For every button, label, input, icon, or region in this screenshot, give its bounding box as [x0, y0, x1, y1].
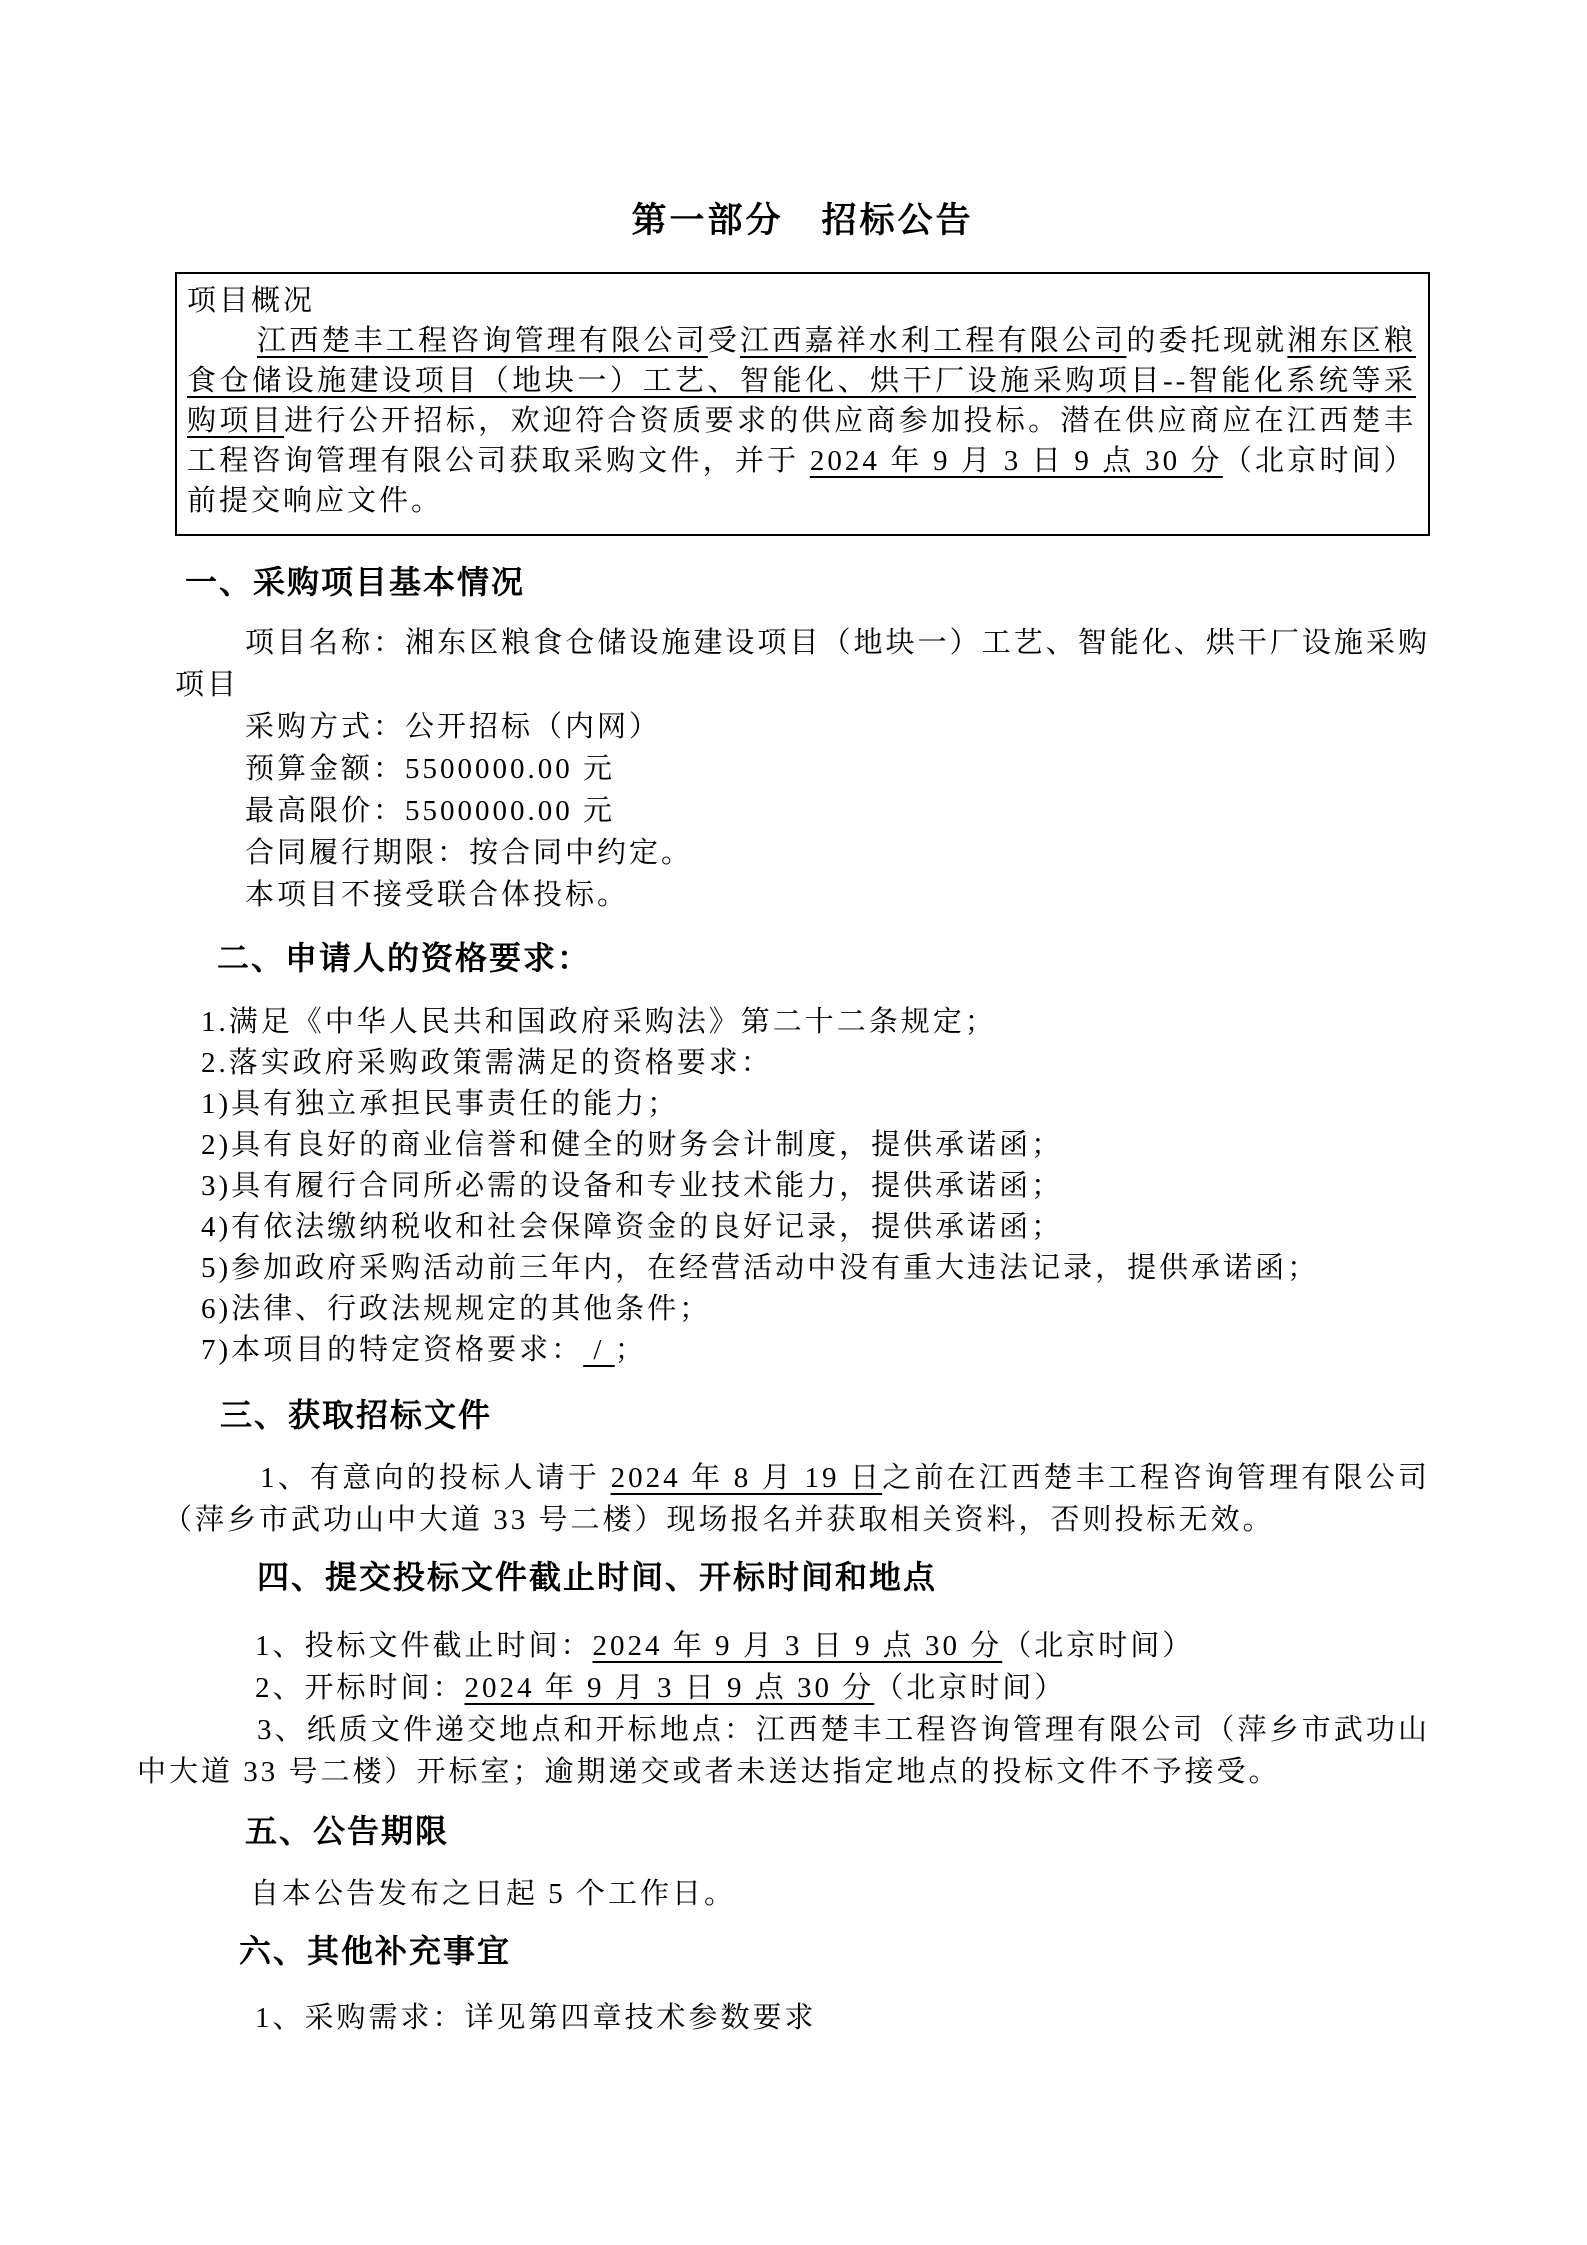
overview-paragraph: 江西楚丰工程咨询管理有限公司受江西嘉祥水利工程有限公司的委托现就湘东区粮食仓储设… — [187, 321, 1416, 521]
section-heading-basic-info: 一、采购项目基本情况 — [185, 562, 1430, 602]
text-segment: （北京时间） — [1002, 1630, 1194, 1662]
text-segment: 1、投标文件截止时间： — [255, 1630, 593, 1662]
underlined-text: 2024 年 9 月 3 日 9 点 30 分 — [593, 1630, 1003, 1662]
underlined-text: 2024 年 9 月 3 日 9 点 30 分 — [810, 445, 1223, 477]
text-segment: ； — [615, 1334, 647, 1366]
contract-term-line: 合同履行期限：按合同中约定。 — [175, 832, 1430, 874]
budget-amount-line: 预算金额：5500000.00 元 — [175, 748, 1430, 790]
qualification-item: 2)具有良好的商业信誉和健全的财务会计制度，提供承诺函； — [175, 1125, 1430, 1166]
overview-label: 项目概况 — [187, 281, 1416, 321]
section-deadline-opening: 四、提交投标文件截止时间、开标时间和地点 1、投标文件截止时间：2024 年 9… — [175, 1557, 1430, 1793]
underlined-text: 2024 年 8 月 19 日 — [611, 1462, 883, 1494]
bid-deadline-line: 1、投标文件截止时间：2024 年 9 月 3 日 9 点 30 分（北京时间） — [175, 1625, 1430, 1667]
qualification-item: 3)具有履行合同所必需的设备和专业技术能力，提供承诺函； — [175, 1166, 1430, 1207]
section-qualification: 二、申请人的资格要求： 1.满足《中华人民共和国政府采购法》第二十二条规定； 2… — [175, 938, 1430, 1371]
section-heading-deadline-opening: 四、提交投标文件截止时间、开标时间和地点 — [257, 1557, 1430, 1597]
section-basic-info: 一、采购项目基本情况 项目名称：湘东区粮食仓储设施建设项目（地块一）工艺、智能化… — [175, 562, 1430, 916]
procurement-method-line: 采购方式：公开招标（内网） — [175, 706, 1430, 748]
no-consortium-line: 本项目不接受联合体投标。 — [175, 874, 1430, 916]
qualification-item: 4)有依法缴纳税收和社会保障资金的良好记录，提供承诺函； — [175, 1207, 1430, 1248]
page-title: 第一部分 招标公告 — [175, 198, 1430, 244]
section-heading-other-matters: 六、其他补充事宜 — [239, 1931, 1430, 1971]
section-heading-qualification: 二、申请人的资格要求： — [217, 938, 1430, 978]
qualification-item: 1)具有独立承担民事责任的能力； — [175, 1084, 1430, 1125]
section-announcement-period: 五、公告期限 自本公告发布之日起 5 个工作日。 — [175, 1811, 1430, 1915]
project-overview-box: 项目概况 江西楚丰工程咨询管理有限公司受江西嘉祥水利工程有限公司的委托现就湘东区… — [175, 272, 1430, 536]
underlined-text: 江西楚丰工程咨询管理有限公司 — [257, 325, 708, 357]
section-other-matters: 六、其他补充事宜 1、采购需求：详见第四章技术参数要求 — [175, 1931, 1430, 2039]
underlined-text: 江西嘉祥水利工程有限公司 — [740, 325, 1126, 357]
procurement-demand-line: 1、采购需求：详见第四章技术参数要求 — [175, 1997, 1430, 2039]
text-segment: 受 — [708, 325, 740, 357]
qualification-item: 5)参加政府采购活动前三年内，在经营活动中没有重大违法记录，提供承诺函； — [175, 1248, 1430, 1289]
text-segment: 1、有意向的投标人请于 — [260, 1462, 611, 1494]
qualification-item-special: 7)本项目的特定资格要求： / ； — [175, 1330, 1430, 1371]
announcement-period-line: 自本公告发布之日起 5 个工作日。 — [175, 1873, 1430, 1915]
text-segment: （北京时间） — [874, 1672, 1066, 1704]
text-segment: 的委托现就 — [1126, 325, 1287, 357]
project-name-line: 项目名称：湘东区粮食仓储设施建设项目（地块一）工艺、智能化、烘干厂设施采购项目 — [175, 622, 1430, 706]
qualification-item: 1.满足《中华人民共和国政府采购法》第二十二条规定； — [175, 1002, 1430, 1043]
text-segment: 7)本项目的特定资格要求： — [201, 1334, 583, 1366]
obtain-documents-paragraph: 1、有意向的投标人请于 2024 年 8 月 19 日之前在江西楚丰工程咨询管理… — [163, 1457, 1430, 1541]
document-page: 第一部分 招标公告 项目概况 江西楚丰工程咨询管理有限公司受江西嘉祥水利工程有限… — [0, 0, 1587, 2245]
section-obtain-documents: 三、获取招标文件 1、有意向的投标人请于 2024 年 8 月 19 日之前在江… — [175, 1395, 1430, 1541]
qualification-item: 6)法律、行政法规规定的其他条件； — [175, 1289, 1430, 1330]
qualification-item: 2.落实政府采购政策需满足的资格要求： — [175, 1043, 1430, 1084]
text-segment: 2、开标时间： — [255, 1672, 465, 1704]
section-heading-announcement-period: 五、公告期限 — [245, 1811, 1430, 1851]
underlined-text: 2024 年 9 月 3 日 9 点 30 分 — [465, 1672, 875, 1704]
max-price-line: 最高限价：5500000.00 元 — [175, 790, 1430, 832]
submission-location-line: 3、纸质文件递交地点和开标地点：江西楚丰工程咨询管理有限公司（萍乡市武功山中大道… — [137, 1709, 1430, 1793]
underlined-text: / — [583, 1334, 615, 1366]
bid-opening-time-line: 2、开标时间：2024 年 9 月 3 日 9 点 30 分（北京时间） — [175, 1667, 1430, 1709]
section-heading-obtain-documents: 三、获取招标文件 — [220, 1395, 1430, 1435]
